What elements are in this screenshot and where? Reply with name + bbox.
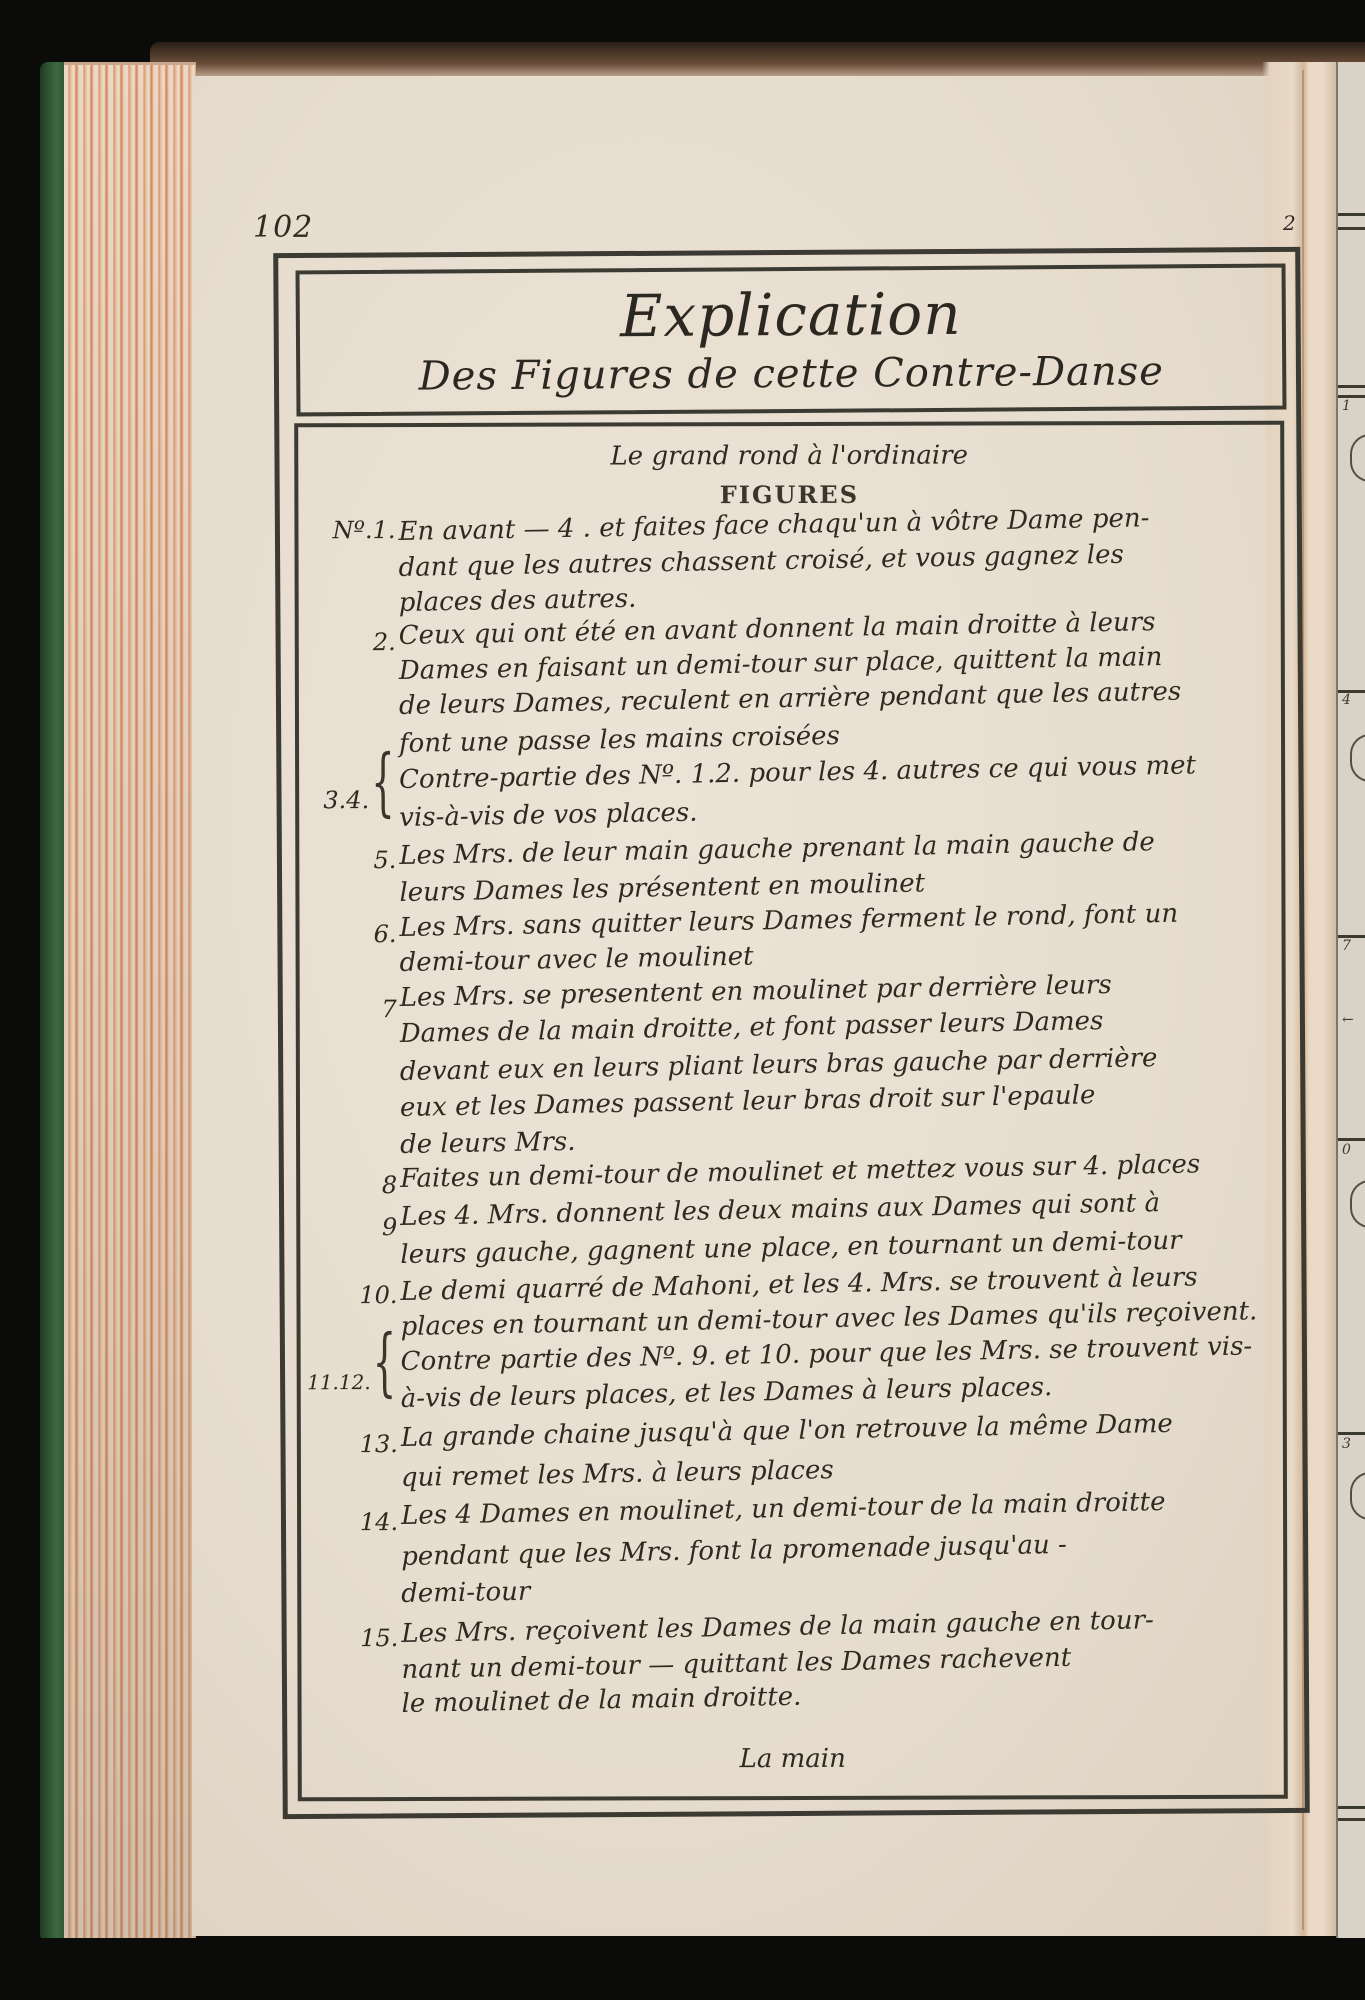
- figure-line: Les 4. Mrs. donnent les deux mains aux D…: [400, 1186, 1280, 1232]
- ornament-icon: [1350, 434, 1365, 482]
- facing-number-4: 4: [1342, 692, 1351, 708]
- figure-line: Les 4 Dames en moulinet, un demi-tour de…: [401, 1485, 1281, 1531]
- figures-content-frame: Le grand rond à l'ordinaire FIGURES Nº.1…: [294, 421, 1288, 1802]
- brace-icon: {: [373, 1325, 397, 1399]
- page-number: 102: [253, 210, 313, 245]
- figure-number: 3.4.: [299, 785, 369, 815]
- page-subtitle: Des Figures de cette Contre-Danse: [300, 348, 1282, 401]
- figure-item-6: 6. Les Mrs. sans quitter leurs Dames fer…: [298, 425, 1280, 428]
- figure-number: 10.: [312, 1280, 397, 1310]
- facing-page-sliver: 1 4 7 ← 0 3: [1336, 62, 1365, 1938]
- figure-number: 2.: [311, 627, 396, 657]
- figure-line: demi-tour: [401, 1563, 1281, 1609]
- figure-item-8: 8 Faites un demi-tour de moulinet et met…: [298, 425, 1280, 428]
- page-edges-shade: [64, 62, 196, 1952]
- catchword: La main: [302, 1743, 1284, 1776]
- figure-item-11-12: 11.12. { Contre partie des Nº. 9. et 10.…: [298, 425, 1280, 428]
- figure-item-13: 13. La grande chaine jusqu'à que l'on re…: [298, 425, 1280, 428]
- figure-line: La grande chaine jusqu'à que l'on retrou…: [401, 1407, 1281, 1453]
- brace-icon: {: [371, 745, 395, 819]
- ornament-icon: [1350, 1472, 1365, 1520]
- figure-number: 13.: [313, 1429, 398, 1459]
- figure-item-3-4: 3.4. { Contre-partie des Nº. 1.2. pour l…: [298, 425, 1280, 428]
- figure-item-5: 5. Les Mrs. de leur main gauche prenant …: [298, 425, 1280, 428]
- figure-item-14: 14. Les 4 Dames en moulinet, un demi-tou…: [298, 425, 1280, 428]
- figure-number: 8: [312, 1170, 397, 1200]
- arrow-left-icon: ←: [1342, 1012, 1354, 1028]
- facing-number-0: 0: [1342, 1142, 1351, 1158]
- intro-line: Le grand rond à l'ordinaire: [298, 440, 1280, 473]
- figure-item-15: 15. Les Mrs. reçoivent les Dames de la m…: [298, 425, 1280, 428]
- ornament-icon: [1350, 734, 1365, 782]
- figure-item-10: 10. Le demi quarré de Mahoni, et les 4. …: [298, 425, 1280, 428]
- facing-number-7: 7: [1342, 938, 1351, 954]
- page-title: Explication: [300, 278, 1282, 353]
- facing-number-1: 1: [1342, 398, 1351, 414]
- figure-number: 6.: [311, 919, 396, 949]
- facing-number-3: 3: [1342, 1436, 1351, 1452]
- background-bottom: [40, 1938, 1365, 2000]
- figure-number: 9: [312, 1212, 397, 1242]
- figure-number: 5.: [311, 845, 396, 875]
- title-cartouche: Explication Des Figures de cette Contre-…: [296, 264, 1287, 417]
- figure-number: Nº.1.: [310, 515, 395, 545]
- figure-number: 15.: [313, 1623, 398, 1653]
- figure-line: vis-à-vis de vos places.: [399, 787, 1279, 833]
- figure-number: 11.12.: [301, 1367, 371, 1397]
- ornament-icon: [1350, 1180, 1365, 1228]
- figure-item-7: 7 Les Mrs. se presentent en moulinet par…: [298, 425, 1280, 428]
- figure-number: 14.: [313, 1507, 398, 1537]
- figure-line: à-vis de leurs places, et les Dames à le…: [400, 1368, 1280, 1414]
- figure-item-9: 9 Les 4. Mrs. donnent les deux mains aux…: [298, 425, 1280, 428]
- facing-page-number-fragment: 2: [1283, 211, 1296, 235]
- figure-number: 7: [312, 994, 397, 1024]
- figure-item-1: Nº.1. En avant — 4 . et faites face chaq…: [298, 425, 1280, 428]
- figure-item-2: 2. Ceux qui ont été en avant donnent la …: [298, 425, 1280, 428]
- figure-line: qui remet les Mrs. à leurs places: [401, 1447, 1281, 1493]
